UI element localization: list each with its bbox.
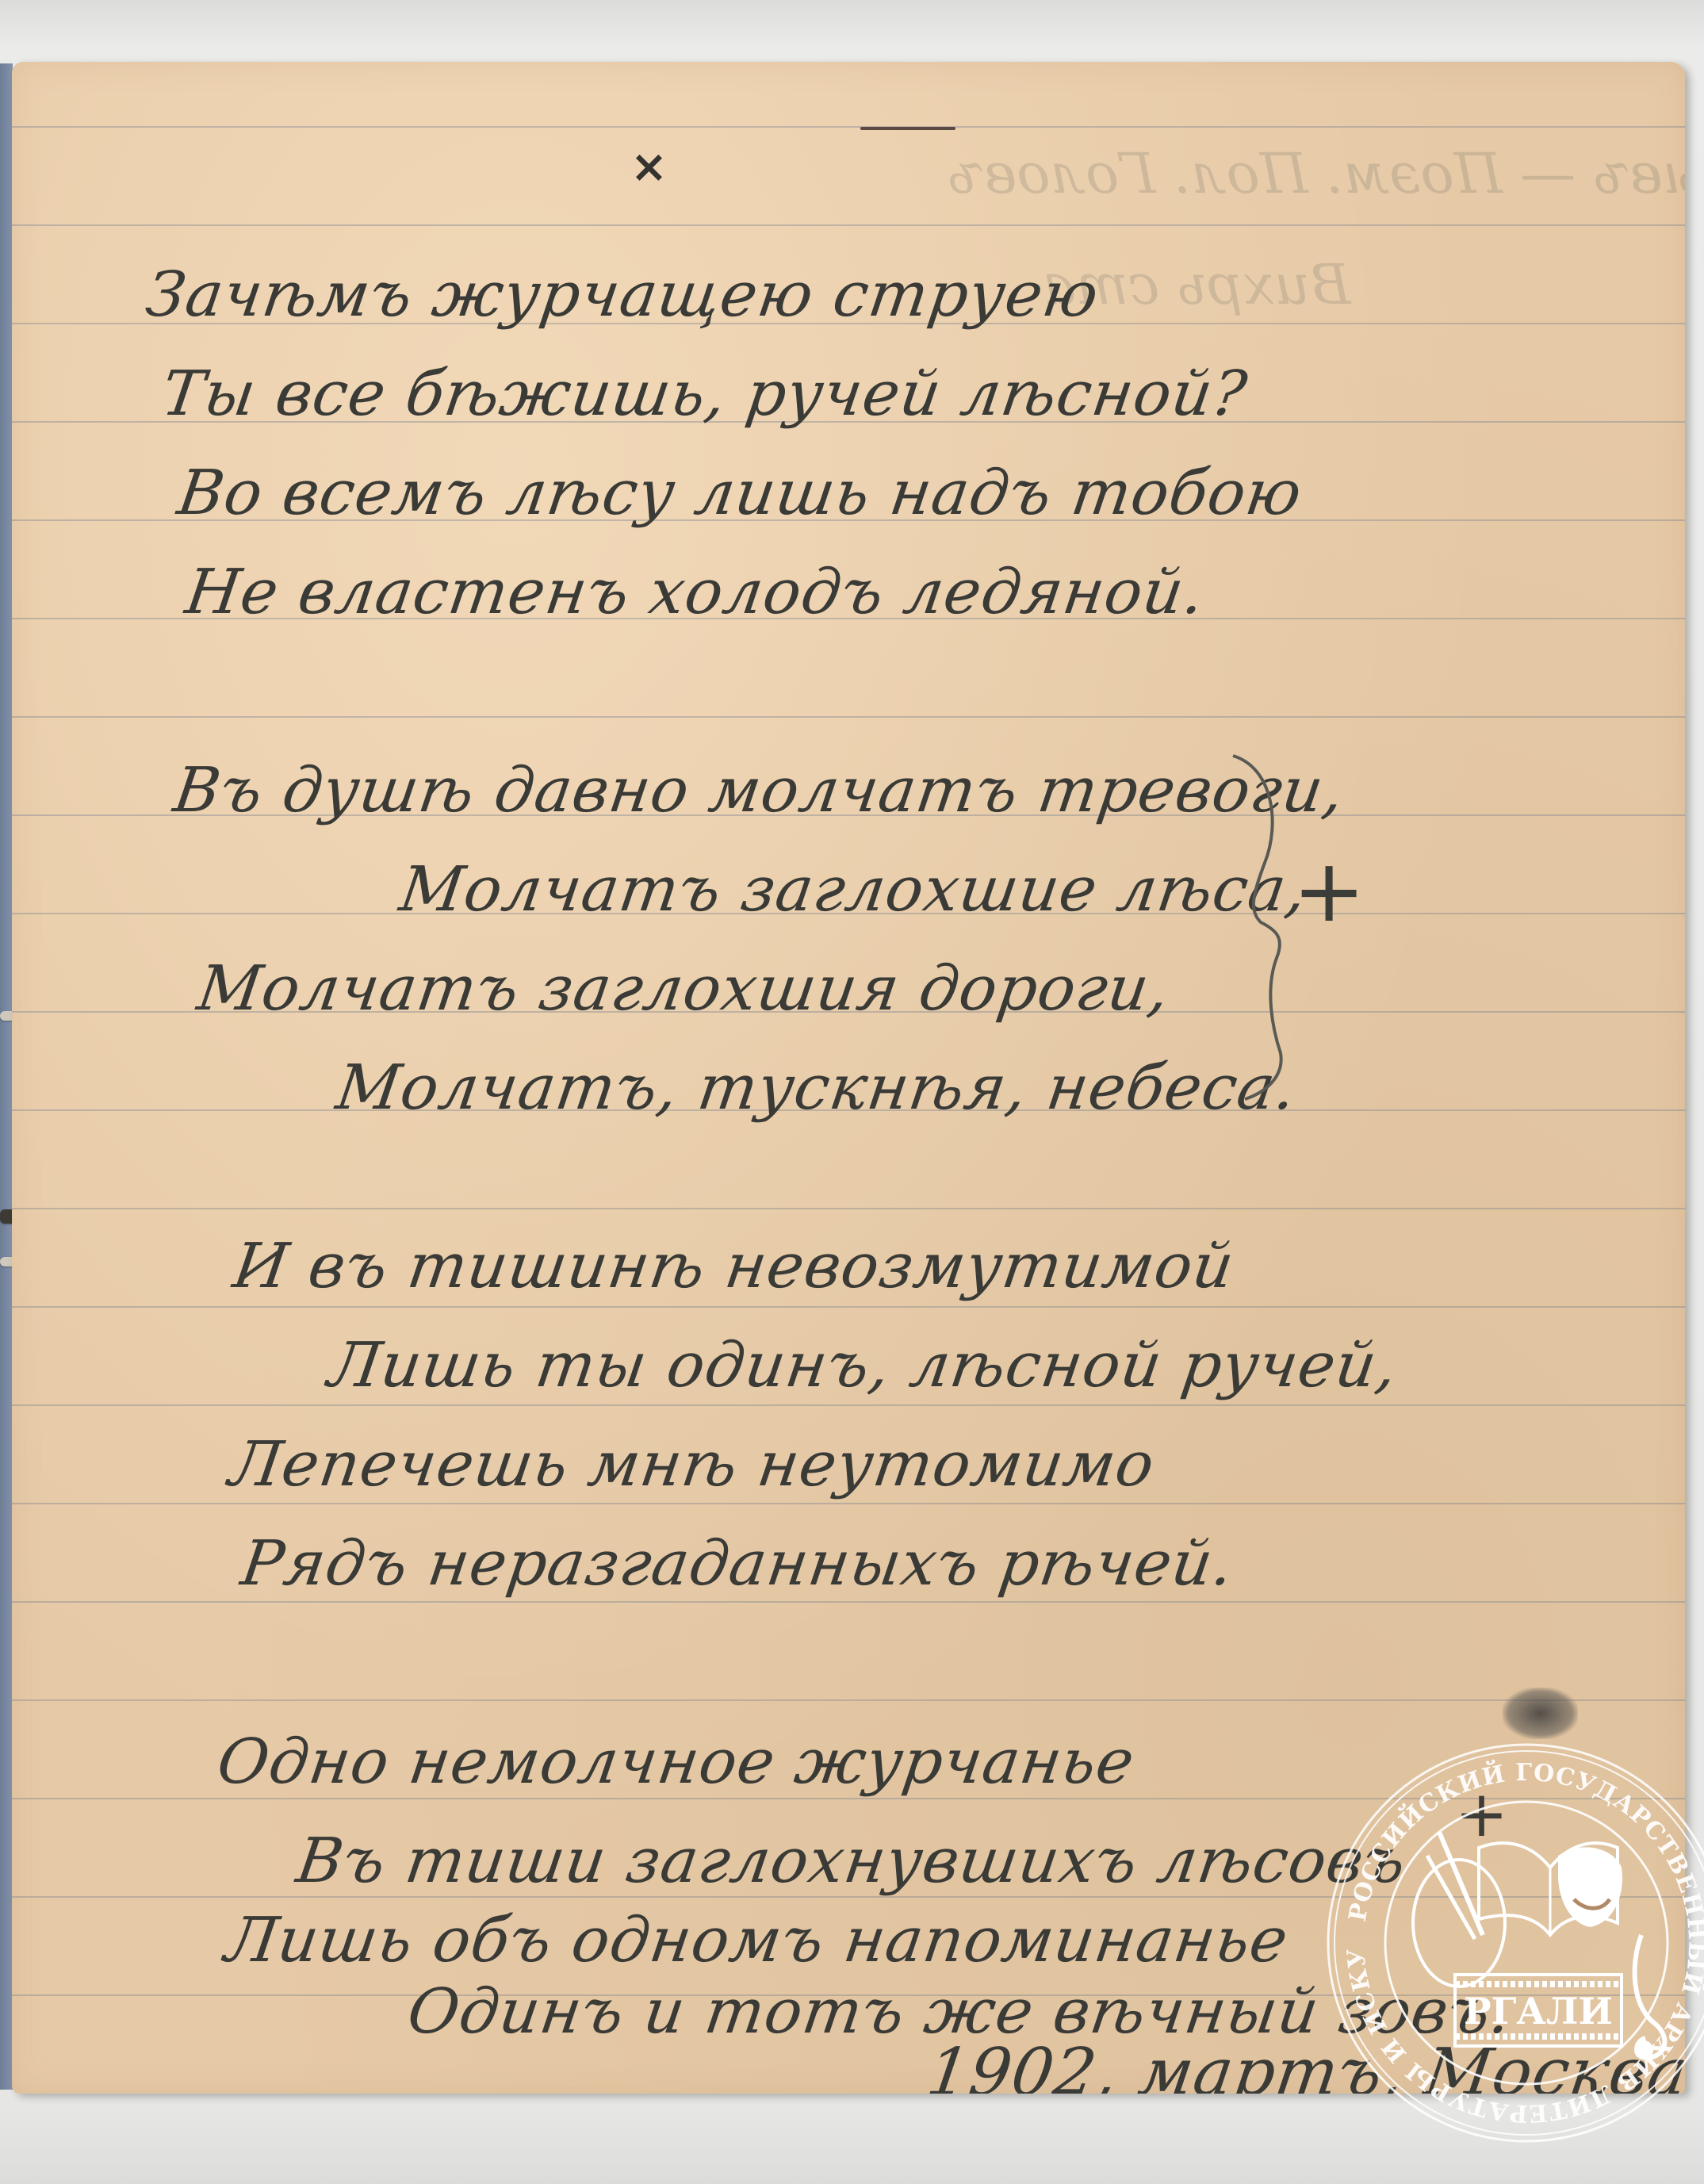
ruled-line [12,126,1685,128]
pencil-smudge [1503,1688,1578,1739]
ruled-line [12,1601,1685,1603]
stanza-3-line-1: И въ тишинѣ невозмутимой [230,1236,1239,1297]
stanza-3-line-4: Рядъ неразгаданныхъ рѣчей. [238,1533,1238,1595]
ruled-line [12,1208,1685,1209]
ink-stroke [860,127,955,130]
stanza-2-line-3: Молчатъ заглохшия дороги, [194,958,1174,1020]
stanza-1-line-4: Не властенъ холодъ ледяной. [182,561,1209,623]
stanza-4-line-2: Въ тиши заглохнувшихъ лѣсовъ [293,1830,1411,1892]
stanza-4-line-3: Лишь объ одномъ напоминанье [222,1910,1292,1971]
stanza-1-line-3: Во всемъ лѣсу лишь надъ тобою [174,462,1306,524]
ruled-line [12,1503,1685,1504]
stanza-2-line-4: Молчатъ, тускнѣя, небеса. [333,1057,1300,1119]
ruled-line [12,1404,1685,1406]
theatre-mask-icon [1558,1847,1622,1927]
stanza-3-line-2: Лишь ты одинъ, лѣсной ручей, [325,1335,1402,1397]
stanza-3-line-3: Лепечешь мнѣ неутомимо [226,1434,1158,1496]
top-cross-mark: × [630,141,668,193]
stanza-1-line-2: Ты все бѣжишь, ручей лѣсной? [159,363,1251,425]
stanza-2-line-2: Молчатъ заглохшие лѣса, [396,859,1312,921]
ruled-line [12,224,1685,226]
stamp-label: РГАЛИ [1464,1990,1613,2033]
brush-icon [1439,1832,1483,1935]
archive-stamp: РОССИЙСКИЙ ГОСУДАРСТВЕННЫЙ АРХИВ ЛИТЕРАТ… [1320,1737,1704,2149]
svg-text:РОССИЙСКИЙ ГОСУДАРСТВЕННЫЙ АРХ: РОССИЙСКИЙ ГОСУДАРСТВЕННЫЙ АРХИВ ЛИТЕРАТ… [1320,1737,1704,2127]
curly-brace-mark [1217,752,1296,1101]
bleed-through-title: На разрывъ — Поэм. Пол. Головъ [948,141,1685,206]
stanza-2-line-1: Въ душѣ давно молчатъ тревоги, [170,760,1349,822]
stanza-1-line-1: Зачѣмъ журчащею струею [143,264,1103,326]
binding-strip [0,63,13,2090]
stamp-ring-text: РОССИЙСКИЙ ГОСУДАРСТВЕННЫЙ АРХИВ ЛИТЕРАТ… [1320,1737,1704,2127]
stanza-4-line-1: Одно немолчное журчанье [214,1731,1139,1793]
ruled-line [12,1699,1685,1701]
ruled-line [12,716,1685,718]
margin-plus-mark: + [1292,847,1365,934]
ruled-line [12,1306,1685,1308]
